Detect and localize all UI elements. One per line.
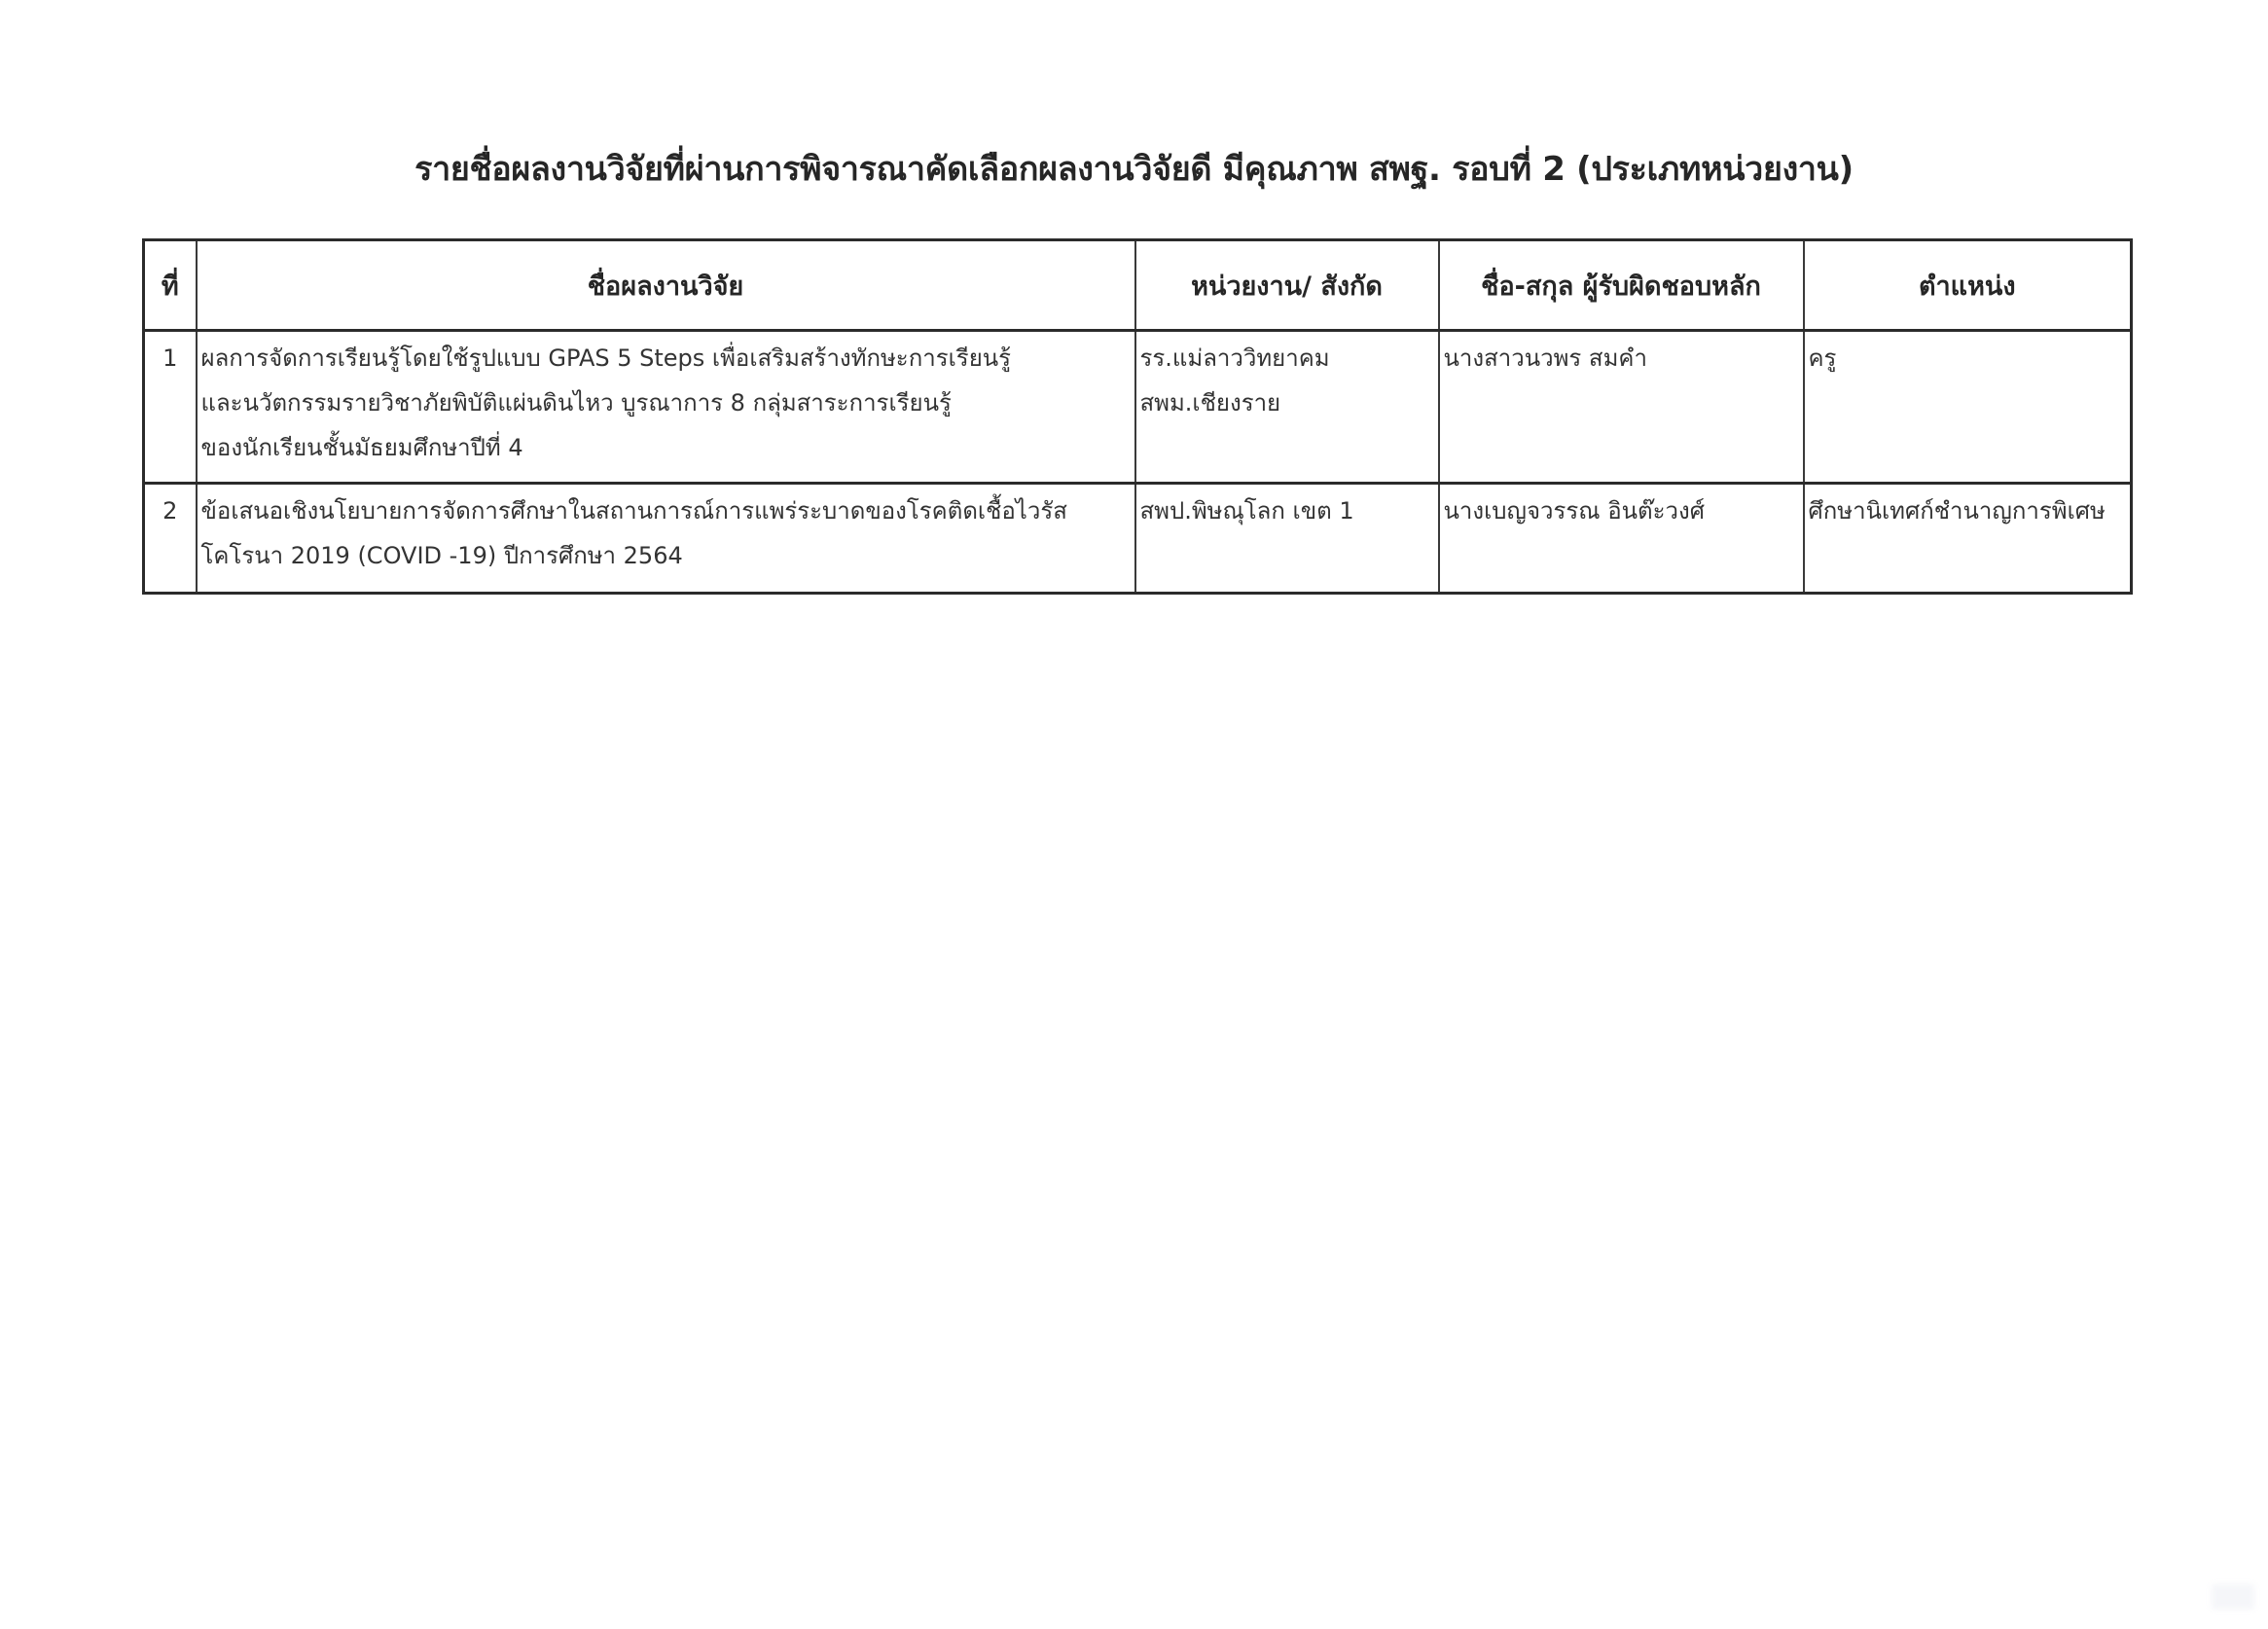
title-line: ผลการจัดการเรียนรู้โดยใช้รูปแบบ GPAS 5 S… [201,336,1131,380]
cell-position: ศึกษานิเทศก์ชำนาญการพิเศษ [1804,484,2132,594]
table-header-row: ที่ ชื่อผลงานวิจัย หน่วยงาน/ สังกัด ชื่อ… [144,240,2132,331]
title-line: ของนักเรียนชั้นมัธยมศึกษาปีที่ 4 [201,425,1131,470]
cell-responsible-person: นางสาวนวพร สมคำ [1439,331,1804,484]
cell-research-title: ข้อเสนอเชิงนโยบายการจัดการศึกษาในสถานการ… [197,484,1135,594]
cell-no: 1 [144,331,197,484]
cell-organization: สพป.พิษณุโลก เขต 1 [1135,484,1439,594]
org-line: สพป.พิษณุโลก เขต 1 [1140,489,1434,533]
table-row: 2 ข้อเสนอเชิงนโยบายการจัดการศึกษาในสถานก… [144,484,2132,594]
header-no: ที่ [144,240,197,331]
cell-responsible-person: นางเบญจวรรณ อินต๊ะวงศ์ [1439,484,1804,594]
org-line: สพม.เชียงราย [1140,380,1434,425]
table-row: 1 ผลการจัดการเรียนรู้โดยใช้รูปแบบ GPAS 5… [144,331,2132,484]
cell-research-title: ผลการจัดการเรียนรู้โดยใช้รูปแบบ GPAS 5 S… [197,331,1135,484]
header-research-title: ชื่อผลงานวิจัย [197,240,1135,331]
title-line: ข้อเสนอเชิงนโยบายการจัดการศึกษาในสถานการ… [201,489,1131,533]
scan-artifact [2212,1584,2254,1610]
cell-no: 2 [144,484,197,594]
title-line: โคโรนา 2019 (COVID -19) ปีการศึกษา 2564 [201,533,1131,578]
research-results-table: ที่ ชื่อผลงานวิจัย หน่วยงาน/ สังกัด ชื่อ… [142,238,2133,595]
title-line: และนวัตกรรมรายวิชาภัยพิบัติแผ่นดินไหว บู… [201,380,1131,425]
org-line: รร.แม่ลาววิทยาคม [1140,336,1434,380]
cell-position: ครู [1804,331,2132,484]
header-position: ตำแหน่ง [1804,240,2132,331]
page-title: รายชื่อผลงานวิจัยที่ผ่านการพิจารณาคัดเลื… [0,142,2268,195]
header-responsible-person: ชื่อ-สกุล ผู้รับผิดชอบหลัก [1439,240,1804,331]
cell-organization: รร.แม่ลาววิทยาคม สพม.เชียงราย [1135,331,1439,484]
header-organization: หน่วยงาน/ สังกัด [1135,240,1439,331]
